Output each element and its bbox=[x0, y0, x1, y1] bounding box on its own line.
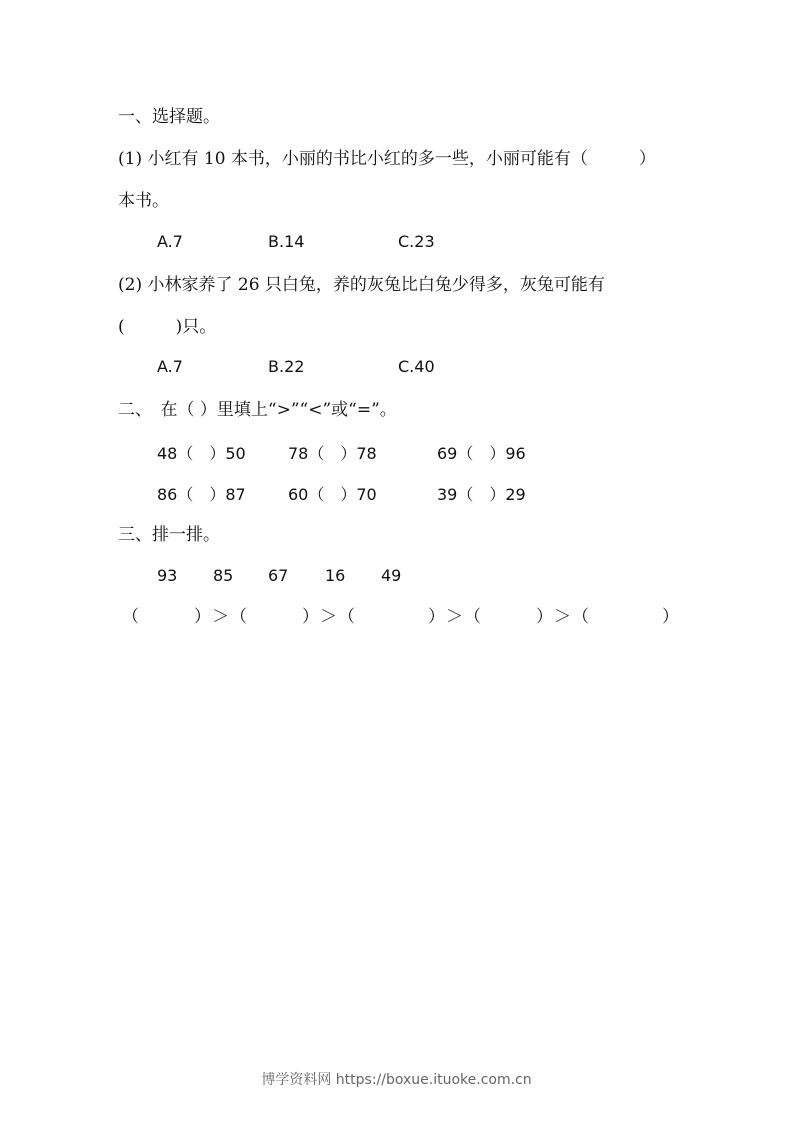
question-2-text-continued: ( )只。 bbox=[118, 316, 216, 338]
number-to-sort: 67 bbox=[268, 566, 288, 585]
question-1-option-b: B.14 bbox=[268, 232, 304, 251]
number-to-sort: 85 bbox=[213, 566, 233, 585]
comparison-item: 78（ ）78 bbox=[288, 441, 377, 464]
sorting-answer-line: （ ）＞（ ）＞（ ）＞（ ）＞（ ） bbox=[122, 606, 680, 628]
footer-watermark: 博学资料网 https://boxue.ituoke.com.cn bbox=[0, 1069, 793, 1089]
number-to-sort: 93 bbox=[157, 566, 177, 585]
comparison-item: 39（ ）29 bbox=[437, 482, 526, 505]
comparison-item: 48（ ）50 bbox=[157, 441, 246, 464]
question-1-option-a: A.7 bbox=[157, 232, 183, 251]
comparison-item: 60（ ）70 bbox=[288, 482, 377, 505]
question-2-option-a: A.7 bbox=[157, 357, 183, 376]
comparison-item: 86（ ）87 bbox=[157, 482, 246, 505]
section-2-title: 二、 在（ ）里填上“>”“<”或“=”。 bbox=[118, 399, 397, 421]
number-to-sort: 49 bbox=[381, 566, 401, 585]
section-1-title: 一、选择题。 bbox=[118, 106, 220, 128]
number-to-sort: 16 bbox=[325, 566, 345, 585]
question-2-text: (2) 小林家养了 26 只白兔，养的灰兔比白兔少得多，灰兔可能有 bbox=[118, 274, 605, 296]
comparison-item: 69（ ）96 bbox=[437, 441, 526, 464]
question-1-text: (1) 小红有 10 本书，小丽的书比小红的多一些，小丽可能有（ ） bbox=[118, 148, 656, 170]
question-1-text-continued: 本书。 bbox=[118, 190, 169, 212]
question-2-option-c: C.40 bbox=[398, 357, 435, 376]
section-3-title: 三、排一排。 bbox=[118, 524, 220, 546]
question-1-option-c: C.23 bbox=[398, 232, 435, 251]
question-2-option-b: B.22 bbox=[268, 357, 304, 376]
